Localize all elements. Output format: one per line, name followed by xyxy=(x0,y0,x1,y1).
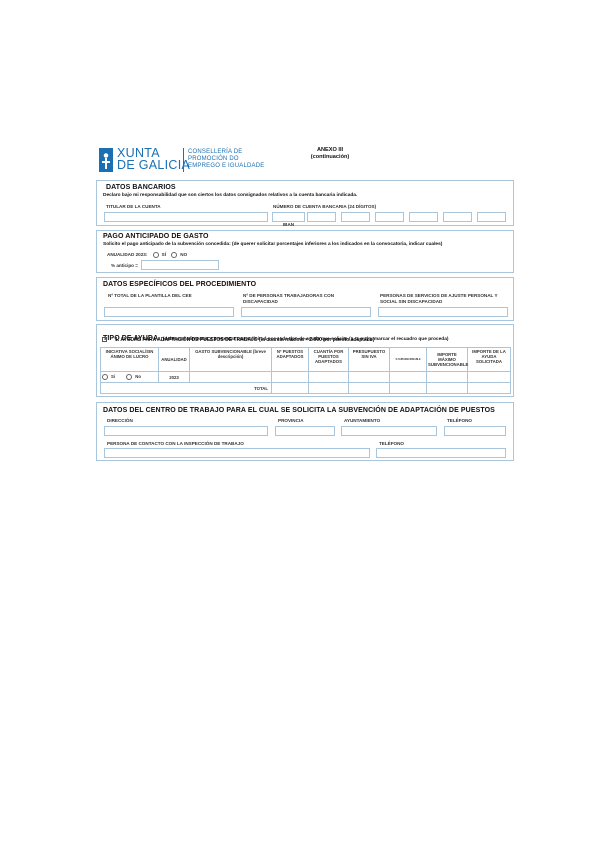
department-line: PROMOCIÓN DO xyxy=(188,156,264,163)
staff-total-input[interactable] xyxy=(104,307,234,317)
option-yes-label: SÍ xyxy=(162,252,166,257)
annex-title: ANEXO III xyxy=(300,147,360,154)
section-title: DATOS BANCARIOS xyxy=(106,184,176,191)
iban-label: IBAN xyxy=(283,222,294,227)
max-amount-cell[interactable] xyxy=(427,372,468,383)
logo-divider xyxy=(183,148,184,172)
aid-option-label: 1. AYUDAS PARA ADAPTACIÓN DE PUESTOS DE … xyxy=(115,337,258,343)
col-header: GASTO SUBVENCIONABLE (breve descripción) xyxy=(190,348,272,372)
logo-line-2: DE GALICIA xyxy=(117,159,190,171)
section-title: DATOS ESPECÍFICOS DEL PROCEDIMIENTO xyxy=(103,281,256,288)
account-label: NÚMERO DE CUENTA BANCARIA (24 DÍGITOS) xyxy=(273,204,376,209)
address-label: DIRECCIÓN xyxy=(107,418,133,423)
col-header: ANUALIDAD xyxy=(159,348,190,372)
nonprofit-no-label: No xyxy=(135,374,141,379)
nonprofit-yes-label: Si xyxy=(111,374,115,379)
support-staff-input[interactable] xyxy=(378,307,508,317)
col-header: Nº PUESTOS ADAPTADOS xyxy=(272,348,309,372)
department-line: CONSELLERÍA DE xyxy=(188,149,264,156)
total-row: TOTAL xyxy=(101,383,511,394)
account-block-3[interactable] xyxy=(375,212,404,222)
total-max-cell[interactable] xyxy=(427,383,468,394)
percent-label: % anticipo = xyxy=(111,263,138,268)
table-header-row: INICIATIVA SOCIAL/SIN ÁNIMO DE LUCRO ANU… xyxy=(101,348,511,372)
table-row: Si No 2023 xyxy=(101,372,511,383)
disabled-workers-input[interactable] xyxy=(241,307,371,317)
phone-input[interactable] xyxy=(444,426,506,436)
budget-cell[interactable] xyxy=(349,372,390,383)
radio-no[interactable] xyxy=(171,252,177,258)
advance-request-text: Solicito el pago anticipado de la subven… xyxy=(103,242,442,247)
bank-declaration: Declaro bajo mi responsabilidad que son … xyxy=(103,193,357,198)
province-input[interactable] xyxy=(275,426,335,436)
account-block-5[interactable] xyxy=(443,212,472,222)
annuity-label: ANUALIDAD 2023: xyxy=(107,252,147,257)
col-header: IMPORTE DE LA AYUDA SOLICITADA xyxy=(468,348,511,372)
advance-payment-section: PAGO ANTICIPADO DE GASTO Solicito el pag… xyxy=(96,230,514,273)
province-label: PROVINCIA xyxy=(278,418,304,423)
account-block-6[interactable] xyxy=(477,212,506,222)
iban-label-box: IBAN xyxy=(272,212,305,222)
expense-cell[interactable] xyxy=(190,372,272,383)
total-budget-cell[interactable] xyxy=(349,383,390,394)
total-percent-cell[interactable] xyxy=(390,383,427,394)
account-block-1[interactable] xyxy=(307,212,336,222)
council-label: AYUNTAMIENTO xyxy=(344,418,380,423)
positions-cell[interactable] xyxy=(272,372,309,383)
col-header: % SUBVENCIONABLE xyxy=(390,348,427,372)
total-positions-cell[interactable] xyxy=(272,383,309,394)
aid-option-note: (la cuantía máxima = 2.000 por puesto ad… xyxy=(259,337,374,343)
contact-phone-input[interactable] xyxy=(376,448,506,458)
nonprofit-cell: Si No xyxy=(101,372,159,383)
percent-input[interactable] xyxy=(141,260,219,270)
radio-yes[interactable] xyxy=(153,252,159,258)
section-title: PAGO ANTICIPADO DE GASTO xyxy=(103,233,209,240)
nonprofit-no-radio[interactable] xyxy=(126,374,132,380)
total-label: TOTAL xyxy=(101,383,272,394)
support-staff-label: PERSONAS DE SERVICIOS DE AJUSTE PERSONAL… xyxy=(380,293,500,304)
department-name: CONSELLERÍA DE PROMOCIÓN DO EMPREGO E IG… xyxy=(188,149,264,170)
col-header: IMPORTE MÁXIMO SUBVENCIONABLE xyxy=(427,348,468,372)
procedure-section: DATOS ESPECÍFICOS DEL PROCEDIMIENTO Nº T… xyxy=(96,277,514,321)
aid-option-checkbox[interactable] xyxy=(102,337,107,342)
option-no-label: NO xyxy=(180,252,187,257)
staff-total-label: Nº TOTAL DE LA PLANTILLA DEL CEE xyxy=(108,293,192,298)
contact-input[interactable] xyxy=(104,448,370,458)
col-header: PRESUPUESTO SIN IVA xyxy=(349,348,390,372)
logo-text: XUNTA DE GALICIA xyxy=(117,147,190,171)
year-cell: 2023 xyxy=(159,372,190,383)
annex-subtitle: (continuación) xyxy=(300,154,360,161)
aid-option-row: 1. AYUDAS PARA ADAPTACIÓN DE PUESTOS DE … xyxy=(115,337,374,343)
bank-section: DATOS BANCARIOS Declaro bajo mi responsa… xyxy=(96,180,514,226)
holder-label: TITULAR DE LA CUENTA xyxy=(106,204,161,209)
workplace-section: DATOS DEL CENTRO DE TRABAJO PARA EL CUAL… xyxy=(96,402,514,461)
amount-per-position-cell[interactable] xyxy=(309,372,349,383)
contact-label: PERSONA DE CONTACTO CON LA INSPECCIÓN DE… xyxy=(107,441,244,446)
col-header: CUANTÍA POR PUESTOS ADAPTADOS xyxy=(309,348,349,372)
total-requested-cell[interactable] xyxy=(468,383,511,394)
annuity-row: ANUALIDAD 2023: SÍ NO xyxy=(107,252,187,258)
council-input[interactable] xyxy=(341,426,437,436)
address-input[interactable] xyxy=(104,426,268,436)
xunta-emblem-icon xyxy=(99,148,113,172)
section-title: DATOS DEL CENTRO DE TRABAJO PARA EL CUAL… xyxy=(103,407,495,414)
phone-label: TELÉFONO xyxy=(447,418,472,423)
department-line: EMPREGO E IGUALDADE xyxy=(188,163,264,170)
requested-amount-cell[interactable] xyxy=(468,372,511,383)
account-block-2[interactable] xyxy=(341,212,370,222)
aid-table: INICIATIVA SOCIAL/SIN ÁNIMO DE LUCRO ANU… xyxy=(100,347,511,394)
nonprofit-yes-radio[interactable] xyxy=(102,374,108,380)
account-block-4[interactable] xyxy=(409,212,438,222)
percent-cell[interactable] xyxy=(390,372,427,383)
disabled-workers-label: Nº DE PERSONAS TRABAJADORAS CON DISCAPAC… xyxy=(243,293,363,304)
holder-input[interactable] xyxy=(104,212,268,222)
total-amount-cell[interactable] xyxy=(309,383,349,394)
annex-heading: ANEXO III (continuación) xyxy=(300,147,360,161)
contact-phone-label: TELÉFONO xyxy=(379,441,404,446)
col-header: INICIATIVA SOCIAL/SIN ÁNIMO DE LUCRO xyxy=(101,348,159,372)
